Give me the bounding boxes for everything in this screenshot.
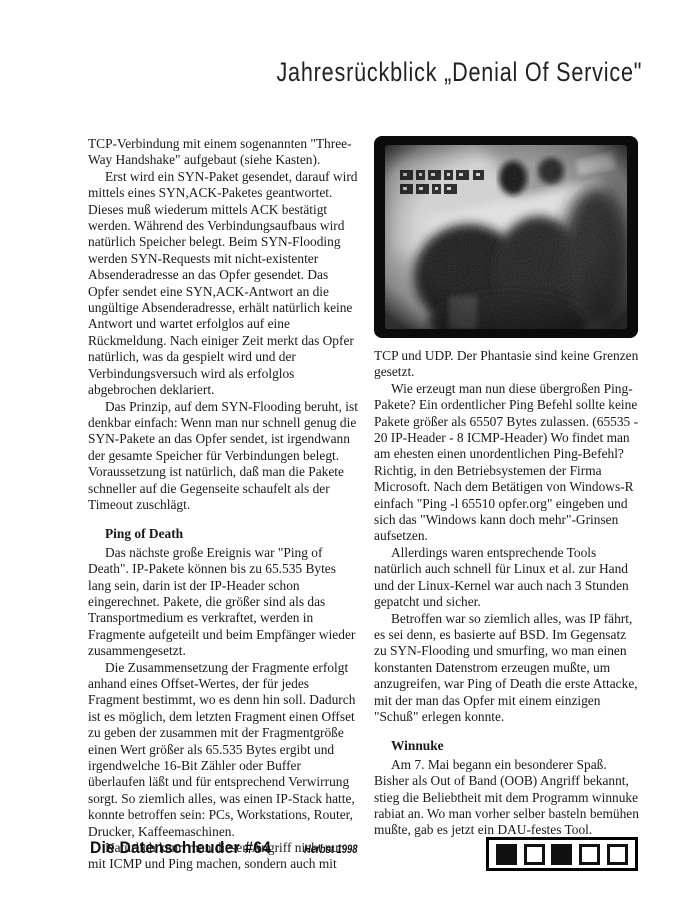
surveillance-photo bbox=[374, 136, 638, 338]
registration-square-1-filled bbox=[496, 844, 517, 865]
registration-square-4-empty bbox=[579, 844, 600, 865]
registration-square-5-empty bbox=[607, 844, 628, 865]
right-column: TCP und UDP. Der Phantasie sind keine Gr… bbox=[374, 136, 640, 839]
footer-publication: Die Datenschleuder #64 bbox=[90, 839, 271, 858]
surveillance-photo-graphic bbox=[374, 136, 638, 338]
paragraph: Die Zusammensetzung der Fragmente erfolg… bbox=[88, 660, 360, 840]
paragraph: Wie erzeugt man nun diese übergroßen Pin… bbox=[374, 381, 640, 545]
right-column-text: TCP und UDP. Der Phantasie sind keine Gr… bbox=[374, 348, 640, 839]
registration-square-2-empty bbox=[524, 844, 545, 865]
section-heading: Ping of Death bbox=[88, 526, 360, 542]
footer-issue-date: Herbst 1998 bbox=[304, 844, 357, 856]
section-heading: Winnuke bbox=[374, 738, 640, 754]
registration-marks bbox=[486, 837, 638, 871]
paragraph: Das nächste große Ereignis war "Ping of … bbox=[88, 545, 360, 660]
magazine-page: Jahresrückblick „Denial Of Service" TCP-… bbox=[0, 0, 700, 906]
paragraph: Erst wird ein SYN-Paket gesendet, darauf… bbox=[88, 169, 360, 399]
page-title-text: Jahresrückblick „Denial Of Service" bbox=[276, 57, 642, 88]
paragraph: TCP-Verbindung mit einem sogenannten "Th… bbox=[88, 136, 360, 169]
page-title: Jahresrückblick „Denial Of Service" bbox=[185, 57, 642, 88]
paragraph: Betroffen war so ziemlich alles, was IP … bbox=[374, 611, 640, 726]
left-column: TCP-Verbindung mit einem sogenannten "Th… bbox=[88, 136, 360, 873]
photo-image bbox=[385, 145, 631, 338]
paragraph: Allerdings waren entsprechende Tools nat… bbox=[374, 545, 640, 611]
paragraph: Am 7. Mai begann ein besonderer Spaß. Bi… bbox=[374, 757, 640, 839]
paragraph: Das Prinzip, auf dem SYN-Flooding beruht… bbox=[88, 399, 360, 514]
paragraph: TCP und UDP. Der Phantasie sind keine Gr… bbox=[374, 348, 640, 381]
registration-square-3-filled bbox=[551, 844, 572, 865]
